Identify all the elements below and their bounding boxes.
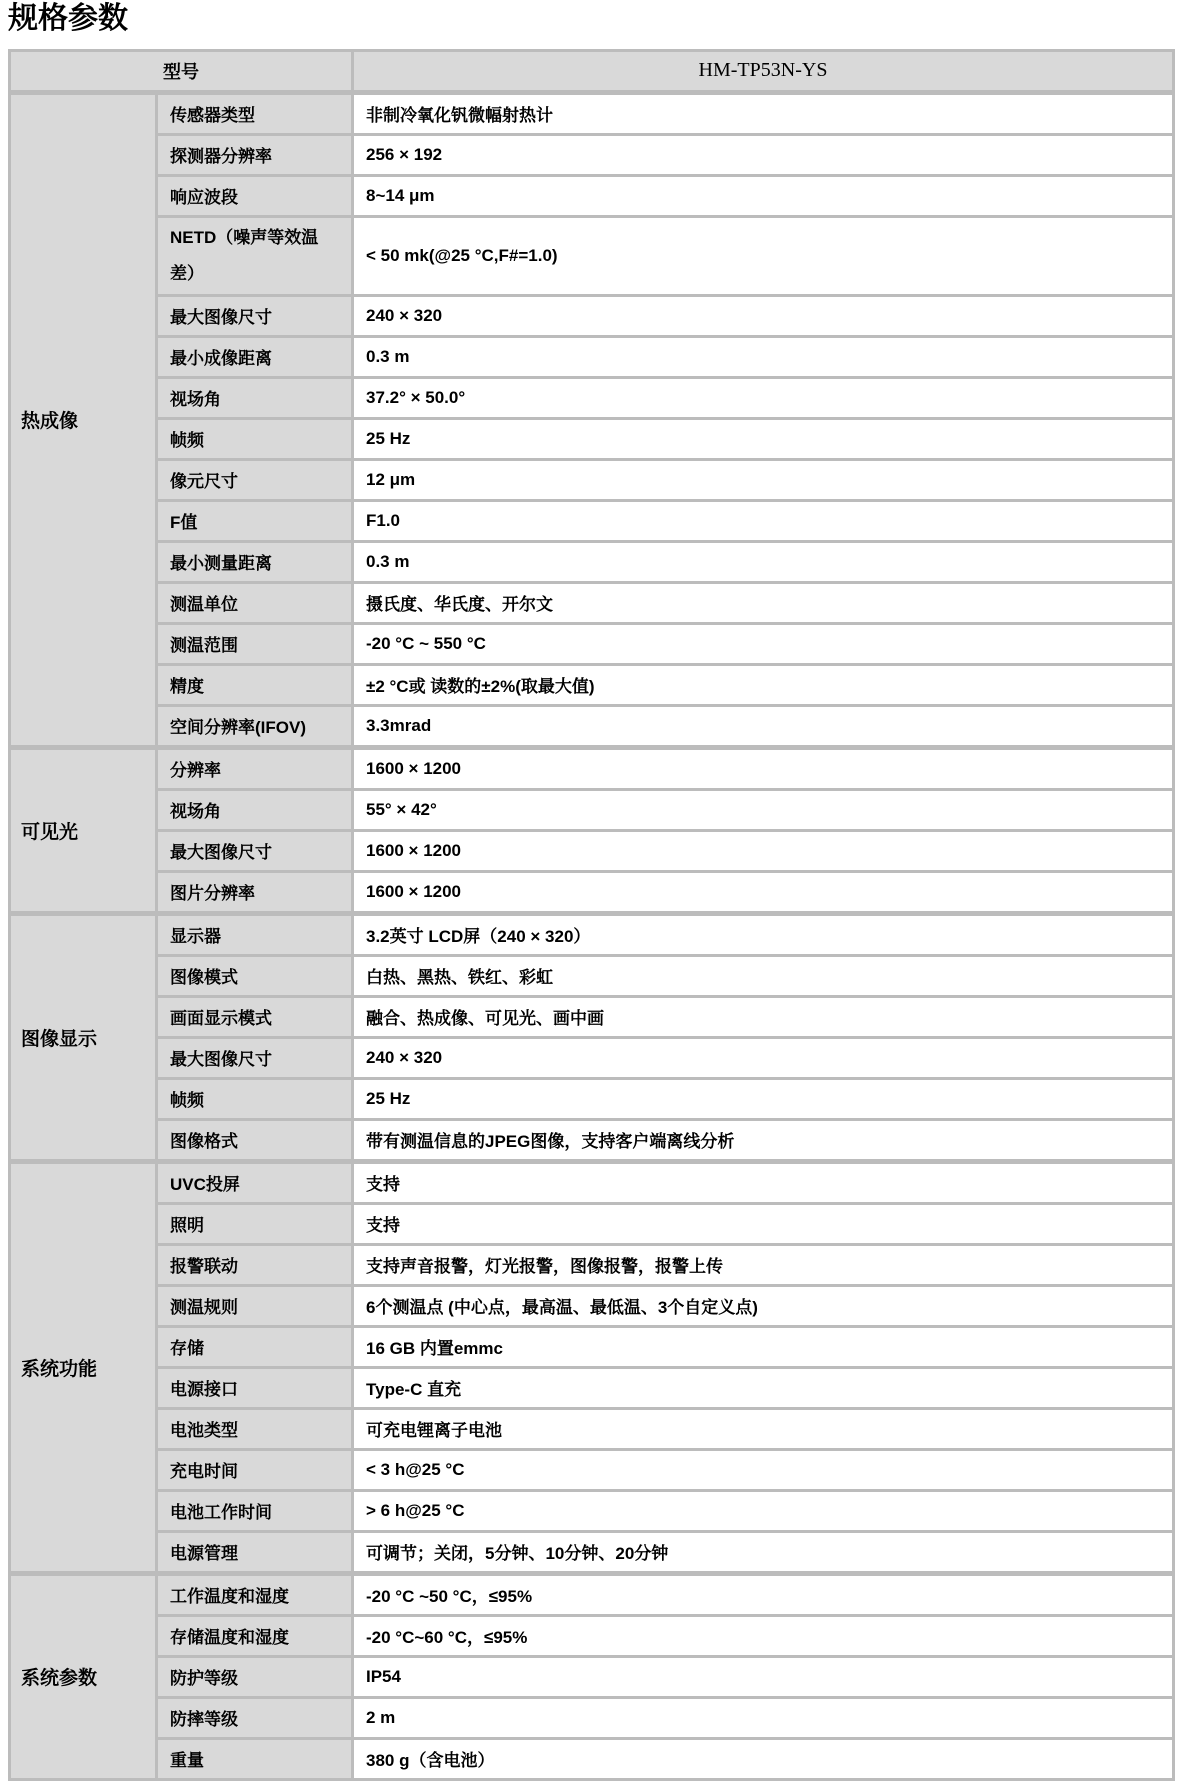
table-row: 最小成像距离0.3 m bbox=[10, 336, 1174, 377]
table-row: 图像模式白热、黑热、铁红、彩虹 bbox=[10, 955, 1174, 996]
spec-label: 视场角 bbox=[157, 377, 353, 418]
spec-value: 25 Hz bbox=[353, 418, 1174, 459]
spec-value: 可调节；关闭，5分钟、10分钟、20分钟 bbox=[353, 1531, 1174, 1573]
spec-label: 存储 bbox=[157, 1326, 353, 1367]
section-label: 系统功能 bbox=[10, 1161, 157, 1573]
spec-label: 工作温度和湿度 bbox=[157, 1573, 353, 1615]
table-row: 帧频25 Hz bbox=[10, 1078, 1174, 1119]
table-row: 画面显示模式融合、热成像、可见光、画中画 bbox=[10, 996, 1174, 1037]
table-row: 系统参数工作温度和湿度-20 °C ~50 °C，≤95% bbox=[10, 1573, 1174, 1615]
spec-value: 16 GB 内置emmc bbox=[353, 1326, 1174, 1367]
spec-label: 测温单位 bbox=[157, 582, 353, 623]
section-label: 系统参数 bbox=[10, 1573, 157, 1779]
spec-value: 55° × 42° bbox=[353, 789, 1174, 830]
spec-label: 响应波段 bbox=[157, 175, 353, 216]
spec-value: -20 °C ~50 °C，≤95% bbox=[353, 1573, 1174, 1615]
spec-label: F值 bbox=[157, 500, 353, 541]
spec-sheet: 规格参数 型号 HM-TP53N-YS 热成像传感器类型非制冷氧化钒微幅射热计探… bbox=[0, 0, 1184, 1781]
spec-label: 最小成像距离 bbox=[157, 336, 353, 377]
table-row: 电源管理可调节；关闭，5分钟、10分钟、20分钟 bbox=[10, 1531, 1174, 1573]
spec-value: 1600 × 1200 bbox=[353, 830, 1174, 871]
model-label: 型号 bbox=[10, 50, 353, 92]
spec-label: 电池类型 bbox=[157, 1408, 353, 1449]
table-row: 报警联动支持声音报警，灯光报警，图像报警，报警上传 bbox=[10, 1244, 1174, 1285]
table-row: F值F1.0 bbox=[10, 500, 1174, 541]
spec-label: 图像格式 bbox=[157, 1119, 353, 1161]
spec-label: UVC投屏 bbox=[157, 1161, 353, 1203]
spec-value: 6个测温点 (中心点，最高温、最低温、3个自定义点) bbox=[353, 1285, 1174, 1326]
spec-label: 照明 bbox=[157, 1203, 353, 1244]
table-row: 探测器分辨率256 × 192 bbox=[10, 134, 1174, 175]
spec-value: 0.3 m bbox=[353, 541, 1174, 582]
spec-label: 防摔等级 bbox=[157, 1697, 353, 1738]
spec-label: 空间分辨率(IFOV) bbox=[157, 705, 353, 747]
spec-value: 240 × 320 bbox=[353, 295, 1174, 336]
spec-label: 图像模式 bbox=[157, 955, 353, 996]
spec-label: 电池工作时间 bbox=[157, 1490, 353, 1531]
model-value: HM-TP53N-YS bbox=[353, 50, 1174, 92]
spec-label: 防护等级 bbox=[157, 1656, 353, 1697]
table-row: 电源接口Type-C 直充 bbox=[10, 1367, 1174, 1408]
spec-value: 支持 bbox=[353, 1161, 1174, 1203]
table-row: 最大图像尺寸240 × 320 bbox=[10, 295, 1174, 336]
spec-value: 3.2英寸 LCD屏（240 × 320） bbox=[353, 913, 1174, 955]
spec-value: 0.3 m bbox=[353, 336, 1174, 377]
table-row: 照明支持 bbox=[10, 1203, 1174, 1244]
table-row: 最大图像尺寸240 × 320 bbox=[10, 1037, 1174, 1078]
spec-label: 存储温度和湿度 bbox=[157, 1615, 353, 1656]
section-label: 可见光 bbox=[10, 747, 157, 913]
spec-label: 充电时间 bbox=[157, 1449, 353, 1490]
table-row: 视场角37.2° × 50.0° bbox=[10, 377, 1174, 418]
spec-value: IP54 bbox=[353, 1656, 1174, 1697]
table-row: 图像格式带有测温信息的JPEG图像，支持客户端离线分析 bbox=[10, 1119, 1174, 1161]
spec-value: 2 m bbox=[353, 1697, 1174, 1738]
spec-value: 支持 bbox=[353, 1203, 1174, 1244]
spec-table: 型号 HM-TP53N-YS 热成像传感器类型非制冷氧化钒微幅射热计探测器分辨率… bbox=[8, 49, 1175, 1781]
spec-value: 白热、黑热、铁红、彩虹 bbox=[353, 955, 1174, 996]
section-label: 图像显示 bbox=[10, 913, 157, 1161]
table-row: 响应波段8~14 μm bbox=[10, 175, 1174, 216]
spec-value: 1600 × 1200 bbox=[353, 747, 1174, 789]
spec-value: 融合、热成像、可见光、画中画 bbox=[353, 996, 1174, 1037]
table-row: NETD（噪声等效温差）< 50 mk(@25 °C,F#=1.0) bbox=[10, 216, 1174, 295]
spec-label: 重量 bbox=[157, 1738, 353, 1779]
spec-value: F1.0 bbox=[353, 500, 1174, 541]
spec-value: ±2 °C或 读数的±2%(取最大值) bbox=[353, 664, 1174, 705]
table-row: 电池类型可充电锂离子电池 bbox=[10, 1408, 1174, 1449]
spec-label: 测温规则 bbox=[157, 1285, 353, 1326]
spec-value: Type-C 直充 bbox=[353, 1367, 1174, 1408]
spec-value: < 3 h@25 °C bbox=[353, 1449, 1174, 1490]
spec-label: 测温范围 bbox=[157, 623, 353, 664]
table-row: 图像显示显示器3.2英寸 LCD屏（240 × 320） bbox=[10, 913, 1174, 955]
spec-value: < 50 mk(@25 °C,F#=1.0) bbox=[353, 216, 1174, 295]
table-row: 可见光分辨率1600 × 1200 bbox=[10, 747, 1174, 789]
spec-value: -20 °C ~ 550 °C bbox=[353, 623, 1174, 664]
spec-label: 最大图像尺寸 bbox=[157, 1037, 353, 1078]
spec-value: 12 μm bbox=[353, 459, 1174, 500]
table-row: 最小测量距离0.3 m bbox=[10, 541, 1174, 582]
spec-value: > 6 h@25 °C bbox=[353, 1490, 1174, 1531]
spec-label: 视场角 bbox=[157, 789, 353, 830]
spec-label: 探测器分辨率 bbox=[157, 134, 353, 175]
spec-label: 精度 bbox=[157, 664, 353, 705]
table-row: 存储温度和湿度-20 °C~60 °C，≤95% bbox=[10, 1615, 1174, 1656]
table-row: 防摔等级2 m bbox=[10, 1697, 1174, 1738]
table-row: 帧频25 Hz bbox=[10, 418, 1174, 459]
table-row: 最大图像尺寸1600 × 1200 bbox=[10, 830, 1174, 871]
spec-label: 帧频 bbox=[157, 1078, 353, 1119]
spec-label: 像元尺寸 bbox=[157, 459, 353, 500]
table-row: 充电时间< 3 h@25 °C bbox=[10, 1449, 1174, 1490]
spec-value: 支持声音报警，灯光报警，图像报警，报警上传 bbox=[353, 1244, 1174, 1285]
table-row: 防护等级IP54 bbox=[10, 1656, 1174, 1697]
spec-label: 最大图像尺寸 bbox=[157, 830, 353, 871]
table-row: 存储16 GB 内置emmc bbox=[10, 1326, 1174, 1367]
spec-label: 图片分辨率 bbox=[157, 871, 353, 913]
spec-label: 报警联动 bbox=[157, 1244, 353, 1285]
table-row: 重量380 g（含电池） bbox=[10, 1738, 1174, 1779]
spec-value: 8~14 μm bbox=[353, 175, 1174, 216]
spec-label: 最小测量距离 bbox=[157, 541, 353, 582]
spec-label: NETD（噪声等效温差） bbox=[157, 216, 353, 295]
section-label: 热成像 bbox=[10, 92, 157, 747]
spec-value: 可充电锂离子电池 bbox=[353, 1408, 1174, 1449]
spec-value: 带有测温信息的JPEG图像，支持客户端离线分析 bbox=[353, 1119, 1174, 1161]
spec-label: 传感器类型 bbox=[157, 92, 353, 134]
spec-table-body: 型号 HM-TP53N-YS 热成像传感器类型非制冷氧化钒微幅射热计探测器分辨率… bbox=[10, 50, 1174, 1779]
spec-label: 分辨率 bbox=[157, 747, 353, 789]
table-row: 空间分辨率(IFOV)3.3mrad bbox=[10, 705, 1174, 747]
table-row: 测温规则6个测温点 (中心点，最高温、最低温、3个自定义点) bbox=[10, 1285, 1174, 1326]
spec-value: 240 × 320 bbox=[353, 1037, 1174, 1078]
table-row: 视场角55° × 42° bbox=[10, 789, 1174, 830]
table-row: 电池工作时间> 6 h@25 °C bbox=[10, 1490, 1174, 1531]
model-header-row: 型号 HM-TP53N-YS bbox=[10, 50, 1174, 92]
spec-label: 电源管理 bbox=[157, 1531, 353, 1573]
spec-value: 256 × 192 bbox=[353, 134, 1174, 175]
table-row: 测温单位摄氏度、华氏度、开尔文 bbox=[10, 582, 1174, 623]
spec-value: 3.3mrad bbox=[353, 705, 1174, 747]
table-row: 热成像传感器类型非制冷氧化钒微幅射热计 bbox=[10, 92, 1174, 134]
spec-value: 380 g（含电池） bbox=[353, 1738, 1174, 1779]
spec-label: 帧频 bbox=[157, 418, 353, 459]
spec-label: 电源接口 bbox=[157, 1367, 353, 1408]
spec-value: 摄氏度、华氏度、开尔文 bbox=[353, 582, 1174, 623]
spec-value: 25 Hz bbox=[353, 1078, 1174, 1119]
spec-label: 显示器 bbox=[157, 913, 353, 955]
spec-value: -20 °C~60 °C，≤95% bbox=[353, 1615, 1174, 1656]
spec-value: 37.2° × 50.0° bbox=[353, 377, 1174, 418]
spec-label: 画面显示模式 bbox=[157, 996, 353, 1037]
table-row: 像元尺寸12 μm bbox=[10, 459, 1174, 500]
table-row: 测温范围-20 °C ~ 550 °C bbox=[10, 623, 1174, 664]
table-row: 系统功能UVC投屏支持 bbox=[10, 1161, 1174, 1203]
table-row: 精度±2 °C或 读数的±2%(取最大值) bbox=[10, 664, 1174, 705]
spec-label: 最大图像尺寸 bbox=[157, 295, 353, 336]
spec-value: 1600 × 1200 bbox=[353, 871, 1174, 913]
page-title: 规格参数 bbox=[8, 2, 1184, 37]
table-row: 图片分辨率1600 × 1200 bbox=[10, 871, 1174, 913]
spec-value: 非制冷氧化钒微幅射热计 bbox=[353, 92, 1174, 134]
